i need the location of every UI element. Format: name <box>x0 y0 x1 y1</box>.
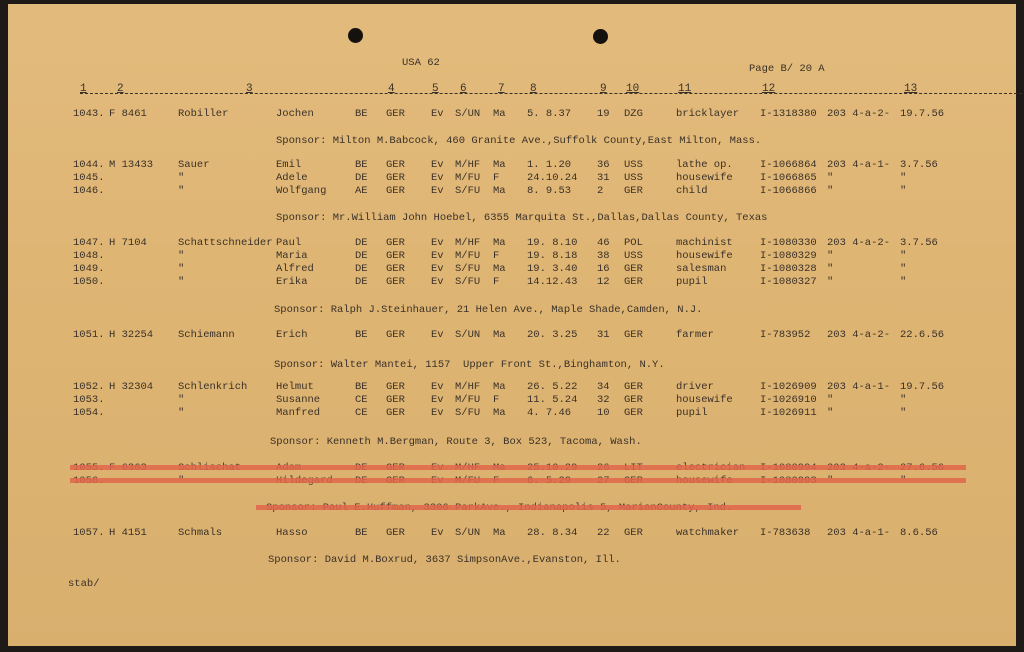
cell-nat: GER <box>386 263 405 275</box>
cell-c10: GER <box>624 527 643 539</box>
cell-no: 1047. <box>73 237 105 249</box>
sponsor-line: Sponsor: Milton M.Babcock, 460 Granite A… <box>276 135 761 147</box>
cell-no: 1052. <box>73 381 105 393</box>
cell-occupation: farmer <box>676 329 714 341</box>
cell-visa: I-1080330 <box>760 237 817 249</box>
cell-c4: DE <box>355 263 368 275</box>
page-number: Page B/ 20 A <box>749 63 825 75</box>
cell-dob: 11. 5.24 <box>527 394 577 406</box>
cell-c10: GER <box>624 329 643 341</box>
cell-visa: I-1080329 <box>760 250 817 262</box>
cell-date: " <box>900 185 906 197</box>
cell-sex: Ma <box>493 108 506 120</box>
cell-c10: POL <box>624 237 643 249</box>
cell-status: M/HF <box>455 159 480 171</box>
cell-status: M/HF <box>455 381 480 393</box>
cell-surname: Robiller <box>178 108 228 120</box>
cell-date: " <box>900 407 906 419</box>
cell-occupation: housewife <box>676 394 733 406</box>
cell-c10: DZG <box>624 108 643 120</box>
cell-status: M/HF <box>455 237 480 249</box>
column-number: 8 <box>530 83 537 95</box>
cell-given: Maria <box>276 250 308 262</box>
cell-rel: Ev <box>431 185 444 197</box>
cell-age: 34 <box>597 381 610 393</box>
cell-sex: F <box>493 276 499 288</box>
cell-dob: 1. 1.20 <box>527 159 571 171</box>
cell-c10: USS <box>624 172 643 184</box>
cell-status: S/UN <box>455 329 480 341</box>
cell-occupation: driver <box>676 381 714 393</box>
document-page: USA 62 Page B/ 20 A 1 2 3 4 5 6 7 8 9 10… <box>8 4 1016 646</box>
cell-ref: 203 4-a-2- <box>827 237 890 249</box>
cell-c4: BE <box>355 159 368 171</box>
cell-rel: Ev <box>431 159 444 171</box>
column-number: 7 <box>498 83 505 95</box>
cell-sex: Ma <box>493 329 506 341</box>
cell-nat: GER <box>386 381 405 393</box>
cell-date: 19.7.56 <box>900 381 944 393</box>
cell-date: " <box>900 250 906 262</box>
cell-visa: I-1026910 <box>760 394 817 406</box>
cell-sex: F <box>493 172 499 184</box>
cell-visa: I-1066866 <box>760 185 817 197</box>
column-number: 13 <box>904 83 917 95</box>
cell-dob: 24.10.24 <box>527 172 577 184</box>
cell-sex: F <box>493 250 499 262</box>
cell-c10: USS <box>624 250 643 262</box>
cell-c10: GER <box>624 276 643 288</box>
cell-surname: " <box>178 276 184 288</box>
cell-no: 1046. <box>73 185 105 197</box>
cell-surname: " <box>178 172 184 184</box>
cell-visa: I-783638 <box>760 527 810 539</box>
cell-given: Wolfgang <box>276 185 326 197</box>
cell-c10: USS <box>624 159 643 171</box>
cell-c10: GER <box>624 185 643 197</box>
cell-case: H 7104 <box>109 237 147 249</box>
cell-occupation: bricklayer <box>676 108 739 120</box>
cell-rel: Ev <box>431 381 444 393</box>
cell-visa: I-1026911 <box>760 407 817 419</box>
cell-date: 22.6.56 <box>900 329 944 341</box>
cell-age: 46 <box>597 237 610 249</box>
cell-sex: Ma <box>493 263 506 275</box>
cell-ref: 203 4-a-1- <box>827 381 890 393</box>
cell-surname: Sauer <box>178 159 210 171</box>
cell-age: 36 <box>597 159 610 171</box>
cell-ref: " <box>827 250 833 262</box>
cell-occupation: child <box>676 185 708 197</box>
cell-occupation: salesman <box>676 263 726 275</box>
cell-age: 10 <box>597 407 610 419</box>
column-number: 10 <box>626 83 639 95</box>
cell-age: 38 <box>597 250 610 262</box>
cell-date: " <box>900 394 906 406</box>
cell-surname: Schiemann <box>178 329 235 341</box>
column-number: 12 <box>762 83 775 95</box>
cell-no: 1048. <box>73 250 105 262</box>
cell-c4: CE <box>355 407 368 419</box>
punch-hole-left <box>348 28 363 43</box>
cell-dob: 20. 3.25 <box>527 329 577 341</box>
cell-ref: " <box>827 263 833 275</box>
sponsor-line: Sponsor: Mr.William John Hoebel, 6355 Ma… <box>276 212 767 224</box>
cell-no: 1045. <box>73 172 105 184</box>
cell-dob: 5. 8.37 <box>527 108 571 120</box>
cell-no: 1044. <box>73 159 105 171</box>
cell-rel: Ev <box>431 527 444 539</box>
cell-nat: GER <box>386 276 405 288</box>
cell-nat: GER <box>386 108 405 120</box>
cell-ref: 203 4-a-2- <box>827 108 890 120</box>
cell-dob: 28. 8.34 <box>527 527 577 539</box>
cell-status: M/FU <box>455 394 480 406</box>
cell-given: Susanne <box>276 394 320 406</box>
cell-rel: Ev <box>431 108 444 120</box>
cell-dob: 4. 7.46 <box>527 407 571 419</box>
cell-ref: " <box>827 407 833 419</box>
cell-status: S/FU <box>455 276 480 288</box>
cell-given: Erika <box>276 276 308 288</box>
cell-visa: I-1066865 <box>760 172 817 184</box>
cell-c4: BE <box>355 329 368 341</box>
cell-dob: 14.12.43 <box>527 276 577 288</box>
column-header-rule <box>80 93 1022 94</box>
cell-occupation: housewife <box>676 172 733 184</box>
cell-sex: F <box>493 394 499 406</box>
cell-age: 31 <box>597 329 610 341</box>
cell-ref: 203 4-a-2- <box>827 329 890 341</box>
cell-c4: AE <box>355 185 368 197</box>
cell-age: 16 <box>597 263 610 275</box>
cell-status: S/UN <box>455 108 480 120</box>
column-number: 2 <box>117 83 124 95</box>
cell-surname: " <box>178 263 184 275</box>
cell-dob: 19. 3.40 <box>527 263 577 275</box>
cell-given: Jochen <box>276 108 314 120</box>
column-number: 5 <box>432 83 439 95</box>
cell-case: M 13433 <box>109 159 153 171</box>
cell-age: 31 <box>597 172 610 184</box>
sponsor-line: Sponsor: Ralph J.Steinhauer, 21 Helen Av… <box>274 304 702 316</box>
cell-occupation: housewife <box>676 250 733 262</box>
cell-c4: DE <box>355 250 368 262</box>
cell-date: 8.6.56 <box>900 527 938 539</box>
cell-age: 32 <box>597 394 610 406</box>
cell-status: S/FU <box>455 407 480 419</box>
cell-ref: " <box>827 172 833 184</box>
cell-visa: I-1026909 <box>760 381 817 393</box>
cell-no: 1053. <box>73 394 105 406</box>
sponsor-line: Sponsor: David M.Boxrud, 3637 SimpsonAve… <box>268 554 621 566</box>
cell-ref: 203 4-a-1- <box>827 527 890 539</box>
cell-visa: I-1318380 <box>760 108 817 120</box>
cell-ref: " <box>827 394 833 406</box>
cell-date: 19.7.56 <box>900 108 944 120</box>
cell-case: H 32304 <box>109 381 153 393</box>
cell-status: S/FU <box>455 263 480 275</box>
cell-surname: Schmals <box>178 527 222 539</box>
punch-hole-right <box>593 29 608 44</box>
cell-case: F 8461 <box>109 108 147 120</box>
cell-age: 19 <box>597 108 610 120</box>
document-title: USA 62 <box>402 57 440 69</box>
cell-nat: GER <box>386 237 405 249</box>
sponsor-line: Sponsor: Kenneth M.Bergman, Route 3, Box… <box>270 436 642 448</box>
cell-sex: Ma <box>493 527 506 539</box>
cell-dob: 8. 9.53 <box>527 185 571 197</box>
column-number: 1 <box>80 83 87 95</box>
cell-sex: Ma <box>493 237 506 249</box>
cell-surname: " <box>178 250 184 262</box>
cell-visa: I-1066864 <box>760 159 817 171</box>
cell-case: H 32254 <box>109 329 153 341</box>
cell-dob: 19. 8.10 <box>527 237 577 249</box>
column-number: 3 <box>246 83 253 95</box>
cell-given: Manfred <box>276 407 320 419</box>
cell-c4: BE <box>355 527 368 539</box>
cell-dob: 19. 8.18 <box>527 250 577 262</box>
cell-nat: GER <box>386 329 405 341</box>
column-number: 6 <box>460 83 467 95</box>
cell-status: M/FU <box>455 250 480 262</box>
cell-ref: 203 4-a-1- <box>827 159 890 171</box>
cell-c10: GER <box>624 381 643 393</box>
cell-date: " <box>900 276 906 288</box>
cell-nat: GER <box>386 159 405 171</box>
cell-occupation: machinist <box>676 237 733 249</box>
cell-rel: Ev <box>431 276 444 288</box>
cell-visa: I-783952 <box>760 329 810 341</box>
cell-surname: " <box>178 407 184 419</box>
cell-sex: Ma <box>493 407 506 419</box>
cell-c10: GER <box>624 394 643 406</box>
cell-occupation: pupil <box>676 407 708 419</box>
cell-rel: Ev <box>431 237 444 249</box>
cell-given: Adele <box>276 172 308 184</box>
cell-nat: GER <box>386 527 405 539</box>
cell-date: " <box>900 172 906 184</box>
cell-nat: GER <box>386 172 405 184</box>
cell-date: 3.7.56 <box>900 159 938 171</box>
cell-c4: DE <box>355 237 368 249</box>
cell-given: Alfred <box>276 263 314 275</box>
column-number: 9 <box>600 83 607 95</box>
cell-ref: " <box>827 185 833 197</box>
cell-nat: GER <box>386 394 405 406</box>
cell-nat: GER <box>386 407 405 419</box>
cell-given: Erich <box>276 329 308 341</box>
cell-occupation: pupil <box>676 276 708 288</box>
cell-given: Paul <box>276 237 301 249</box>
cell-c10: GER <box>624 263 643 275</box>
column-number: 11 <box>678 83 691 95</box>
cell-status: S/FU <box>455 185 480 197</box>
cell-given: Helmut <box>276 381 314 393</box>
cell-status: M/FU <box>455 172 480 184</box>
cell-c4: CE <box>355 394 368 406</box>
cell-rel: Ev <box>431 394 444 406</box>
cell-age: 12 <box>597 276 610 288</box>
cell-no: 1051. <box>73 329 105 341</box>
cell-rel: Ev <box>431 407 444 419</box>
cell-no: 1057. <box>73 527 105 539</box>
cell-nat: GER <box>386 185 405 197</box>
cell-dob: 26. 5.22 <box>527 381 577 393</box>
cell-c4: BE <box>355 108 368 120</box>
cell-no: 1054. <box>73 407 105 419</box>
cell-date: 3.7.56 <box>900 237 938 249</box>
strikethrough-line <box>256 505 801 510</box>
cell-surname: Schattschneider <box>178 237 273 249</box>
cell-c4: DE <box>355 172 368 184</box>
cell-sex: Ma <box>493 381 506 393</box>
cell-no: 1043. <box>73 108 105 120</box>
cell-given: Hasso <box>276 527 308 539</box>
sponsor-line: Sponsor: Walter Mantei, 1157 Upper Front… <box>274 359 665 371</box>
cell-visa: I-1080328 <box>760 263 817 275</box>
cell-rel: Ev <box>431 263 444 275</box>
cell-visa: I-1080327 <box>760 276 817 288</box>
cell-date: " <box>900 263 906 275</box>
cell-c4: DE <box>355 276 368 288</box>
cell-rel: Ev <box>431 329 444 341</box>
cell-occupation: lathe op. <box>676 159 733 171</box>
cell-c4: BE <box>355 381 368 393</box>
cell-case: H 4151 <box>109 527 147 539</box>
cell-status: S/UN <box>455 527 480 539</box>
cell-ref: " <box>827 276 833 288</box>
cell-no: 1050. <box>73 276 105 288</box>
cell-sex: Ma <box>493 185 506 197</box>
cell-rel: Ev <box>431 172 444 184</box>
cell-occupation: watchmaker <box>676 527 739 539</box>
cell-rel: Ev <box>431 250 444 262</box>
cell-surname: " <box>178 394 184 406</box>
cell-surname: Schlenkrich <box>178 381 247 393</box>
cell-surname: " <box>178 185 184 197</box>
cell-sex: Ma <box>493 159 506 171</box>
cell-given: Emil <box>276 159 301 171</box>
cell-age: 22 <box>597 527 610 539</box>
cell-age: 2 <box>597 185 603 197</box>
typist-initials: stab/ <box>68 578 100 590</box>
cell-no: 1049. <box>73 263 105 275</box>
cell-nat: GER <box>386 250 405 262</box>
cell-c10: GER <box>624 407 643 419</box>
strikethrough-line <box>70 465 966 470</box>
strikethrough-line <box>70 478 966 483</box>
column-number: 4 <box>388 83 395 95</box>
